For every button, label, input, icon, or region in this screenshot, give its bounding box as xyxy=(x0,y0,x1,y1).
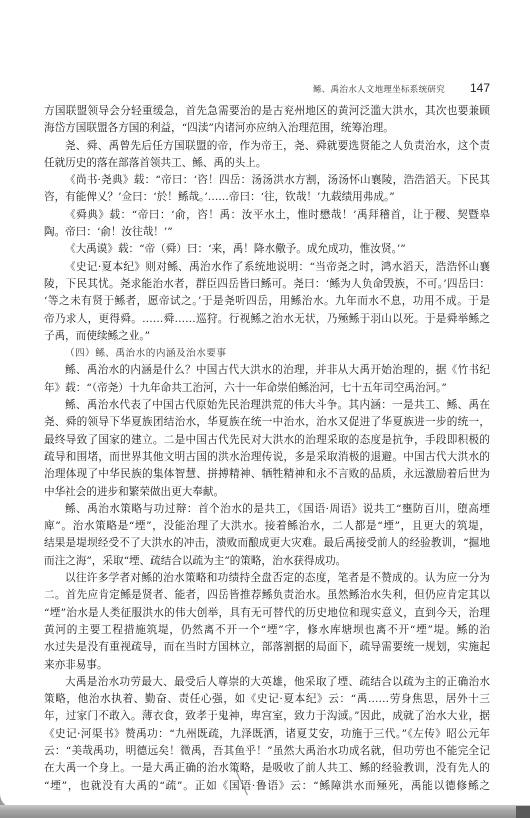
text-line: 海岱方国联盟各方国的利益，“四渎”内诸河亦应纳入治理范围，统筹治理。 xyxy=(44,120,490,137)
scan-corner xyxy=(516,806,530,818)
text-line: 《史记·河渠书》赞禹功：“九州既疏，九泽既洒，诸夏艾安，功施于三代。”《左传》昭… xyxy=(44,726,490,743)
text-line: 鲧、禹治水代表了中国古代原始先民治理洪荒的伟大斗争。其内涵：一是共工、鲧、禹在 xyxy=(44,397,490,414)
text-line: 帝乃求人，更得舜。……舜……巡狩。行视鲧之治水无状，乃殛鲧于羽山以死。于是舜举鲧… xyxy=(44,311,490,328)
text-line: 《尚书·尧典》载：“帝曰：‘咨！四岳：汤汤洪水方割，汤汤怀山襄陵，浩浩滔天。下民… xyxy=(44,172,490,189)
text-line: 水过失是没有重视疏导，而在当时方国林立，部落割据的局面下，疏导需要统一规划，实施… xyxy=(44,639,490,656)
text-line: 任就历史的落在部落首领共工、鲧、禹的头上。 xyxy=(44,155,490,172)
running-title: 鲧、禹治水人文地理坐标系统研究 xyxy=(313,83,493,97)
text-line: 尧、舜、禹曾先后任方国联盟的帝，作为帝王，尧、舜就要选贤能之人负责治水，这个责 xyxy=(44,138,490,155)
text-line: 鲧、禹治水的内涵是什么？中国古代大洪水的治理，并非从大禹开始治理的，据《竹书纪 xyxy=(44,362,490,379)
text-line: 二。首先应肯定鲧是贤者、能者，四岳皆推荐鲧负责治水。虽然鲧治水失利，但仍应肯定其… xyxy=(44,587,490,604)
page-number: 147 xyxy=(470,81,490,95)
text-line: 疏导和围堵，而世界其他文明古国的洪水治理传说，多是采取消极的退避。中国古代大洪水… xyxy=(44,449,490,466)
text-line: 中华社会的进步和繁荣做出更大奉献。 xyxy=(44,484,490,501)
text-line: 咨，有能俾乂？’佥曰：‘於！鲧哉。’……帝曰：‘往，钦哉！’九载绩用弗成。” xyxy=(44,189,490,206)
text-line: 庳”。治水策略是“堙”，没能治理了大洪水。接着鲧治水，二人都是“堙”，且更大的筑… xyxy=(44,518,490,535)
text-line: 以往许多学者对鲧的治水策略和功绩持全盘否定的态度，笔者是不赞成的。认为应一分为 xyxy=(44,570,490,587)
scan-shadow-edge xyxy=(0,805,530,818)
section-heading: （四）鲧、禹治水的内涵及治水要事 xyxy=(44,345,490,362)
text-line: 年，过家门不敢入。薄衣食，致孝于鬼神，卑宫室，致力于沟淢。”因此，成就了治水大业… xyxy=(44,708,490,725)
book-page: 鲧、禹治水人文地理坐标系统研究 147 方国联盟领导会分轻重缓急，首先急需要治的… xyxy=(0,0,530,808)
text-line: 《史记·夏本纪》则对鲧、禹治水作了系统地说明：“当帝尧之时，鸿水滔天，浩浩怀山襄 xyxy=(44,259,490,276)
text-line: 而注之海”，采取“堙、疏结合以疏为主”的策略，治水获得成功。 xyxy=(44,553,490,570)
text-line: 云：“美哉禹功，明德远矣！微禹，吾其鱼乎！”虽然大禹治水功成名就，但功劳也不能完… xyxy=(44,743,490,760)
text-line: 子禹，而使续鲧之业。” xyxy=(44,328,490,345)
text-line: ‘等之未有贤于鲧者，愿帝试之。’于是尧听四岳，用鲧治水。九年而水不息，功用不成。… xyxy=(44,293,490,310)
text-line: 鲧、禹治水策略与功过辩：首个治水的是共工，《国语·周语》说共工“壅防百川，堕高堙 xyxy=(44,501,490,518)
text-line: 《舜典》载：“帝曰：‘俞，咨！禹：汝平水土，惟时懋哉！’禹拜稽首，让于稷、契暨皋 xyxy=(44,207,490,224)
text-line: 方国联盟领导会分轻重缓急，首先急需要治的是古兖州地区的黄河泛滥大洪水，其次也要兼… xyxy=(44,103,490,120)
text-line: 黄河的主要工程措施筑堤，仍然离不开一个“堙”字，修水库塘坝也离不开“堙”堤。鲧的… xyxy=(44,622,490,639)
text-line: “堙”治水是人类征服洪水的伟大创举，具有无可替代的历史地位和现实意义，直到今天，… xyxy=(44,605,490,622)
text-line: 大禹是治水功劳最大、最受后人尊崇的大英雄，他采取了堙、疏结合以疏为主的正确治水 xyxy=(44,674,490,691)
text-line: 最终导致了国家的建立。二是中国古代先民对大洪水的治理采取的态度是抗争，手段即积极… xyxy=(44,432,490,449)
text-line: 在大禹一个身上。一是大禹正确的治水策略，是吸收了前人共工、鲧的经验教训，没有先人… xyxy=(44,760,490,777)
text-line: 《大禹谟》载：“帝（舜）曰：‘来，禹！降水儆予。成允成功，惟汝贤。’” xyxy=(44,241,490,258)
text-line: 陶。帝曰：‘俞！汝往哉！’” xyxy=(44,224,490,241)
text-line: 治理体现了中华民族的集体智慧、拼搏精神、牺牲精神和永不言败的品质，永远激励着后世… xyxy=(44,466,490,483)
text-line: 结果是堤坝经受不了大洪水的冲击，溃败而酿成更大灾难。最后禹接受前人的经验教训，“… xyxy=(44,535,490,552)
body-text: 方国联盟领导会分轻重缓急，首先急需要治的是古兖州地区的黄河泛滥大洪水，其次也要兼… xyxy=(44,103,490,795)
text-line: 策略，他治水执着、勤奋、责任心强，如《史记·夏本纪》云：“禹……劳身焦思，居外十… xyxy=(44,691,490,708)
text-line: “堙”，也就没有大禹的“疏”。正如《国语·鲁语》云：“鲧障洪水而殛死，禹能以德修… xyxy=(44,778,490,795)
text-line: 来亦非易事。 xyxy=(44,657,490,674)
text-line: 尧、舜的领导下华夏族团结治水，华夏族在统一中治水，治水又促进了华夏族进一步的统一… xyxy=(44,414,490,431)
text-line: 年》载：“（帝尧）十九年命共工治河，六十一年命崇伯鲧治河，七十五年司空禹治河。” xyxy=(44,380,490,397)
text-line: 陵，下民其忧。尧求能治水者，群臣四岳皆曰鲧可。尧曰：‘鲧为人负命毁族，不可。’四… xyxy=(44,276,490,293)
